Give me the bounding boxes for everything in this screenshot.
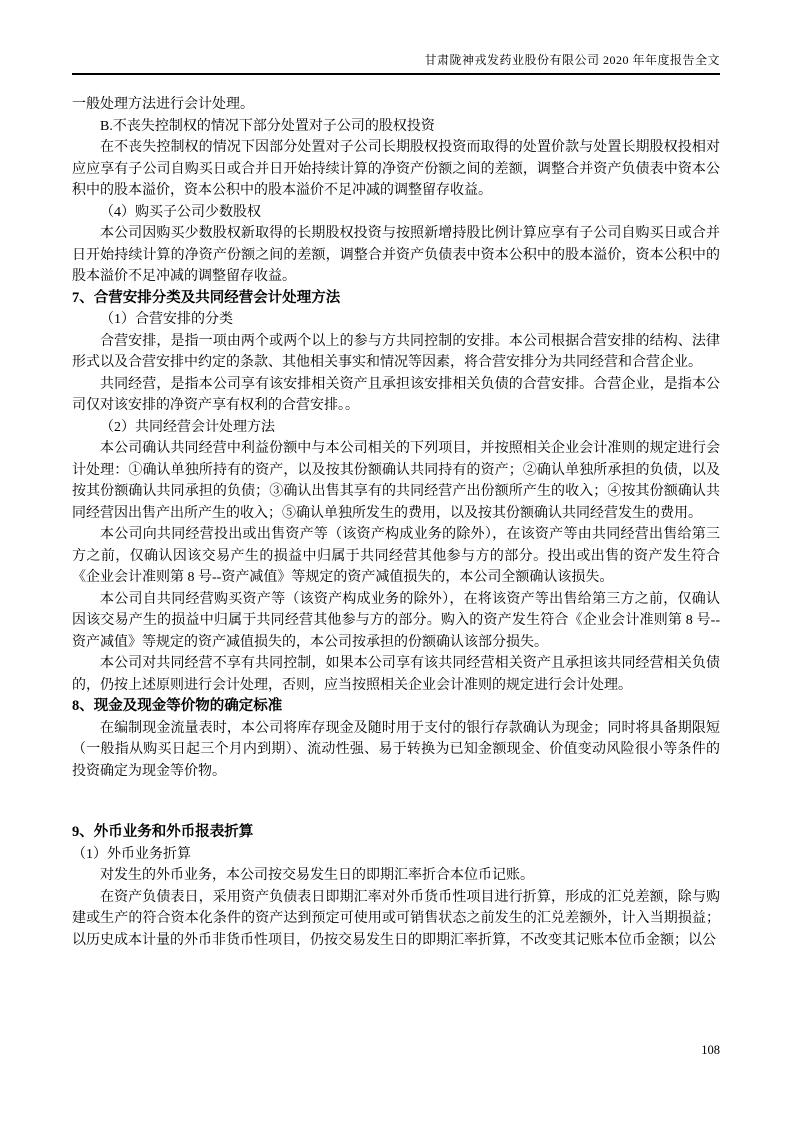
paragraph: 共同经营，是指本公司享有该安排相关资产且承担该安排相关负债的合营安排。合营企业，…	[72, 374, 720, 417]
paragraph: 本公司对共同经营不享有共同控制，如果本公司享有该共同经营相关资产且承担该共同经营…	[72, 653, 720, 696]
paragraph-subitem-1: （1）外币业务折算	[72, 844, 720, 866]
paragraph-subitem-b: B.不丧失控制权的情况下部分处置对子公司的股权投资	[72, 116, 720, 138]
paragraph: 本公司确认共同经营中利益份额中与本公司相关的下列项目，并按照相关企业会计准则的规…	[72, 438, 720, 524]
section-heading-9: 9、外币业务和外币报表折算	[72, 822, 720, 844]
paragraph: 对发生的外币业务，本公司按交易发生日的即期汇率折合本位币记账。	[72, 865, 720, 887]
page-number: 108	[701, 1042, 720, 1058]
header-divider	[72, 73, 720, 75]
paragraph: 在编制现金流量表时，本公司将库存现金及随时用于支付的银行存款确认为现金；同时将具…	[72, 718, 720, 783]
paragraph-continuation: 一般处理方法进行会计处理。	[72, 94, 720, 116]
section-heading-8: 8、现金及现金等价物的确定标准	[72, 696, 720, 718]
paragraph: 本公司自共同经营购买资产等（该资产构成业务的除外），在将该资产等出售给第三方之前…	[72, 589, 720, 654]
paragraph: 在不丧失控制权的情况下因部分处置对子公司长期股权投资而取得的处置价款与处置长期股…	[72, 137, 720, 202]
page-body: 一般处理方法进行会计处理。 B.不丧失控制权的情况下部分处置对子公司的股权投资 …	[72, 90, 720, 951]
paragraph: 合营安排，是指一项由两个或两个以上的参与方共同控制的安排。本公司根据合营安排的结…	[72, 331, 720, 374]
paragraph: 本公司因购买少数股权新取得的长期股权投资与按照新增持股比例计算应享有子公司自购买…	[72, 223, 720, 288]
section-heading-7: 7、合营安排分类及共同经营会计处理方法	[72, 288, 720, 310]
paragraph-subitem-4: （4）购买子公司少数股权	[72, 202, 720, 224]
report-header-title: 甘肃陇神戎发药业股份有限公司 2020 年年度报告全文	[72, 50, 720, 73]
page-header: 甘肃陇神戎发药业股份有限公司 2020 年年度报告全文	[72, 50, 720, 75]
paragraph-subitem-1: （1）合营安排的分类	[72, 309, 720, 331]
paragraph-continues-next-page: 在资产负债表日，采用资产负债表日即期汇率对外币货币性项目进行折算，形成的汇兑差额…	[72, 887, 720, 952]
paragraph: 本公司向共同经营投出或出售资产等（该资产构成业务的除外），在该资产等由共同经营出…	[72, 524, 720, 589]
report-page: 甘肃陇神戎发药业股份有限公司 2020 年年度报告全文 一般处理方法进行会计处理…	[0, 0, 793, 1122]
paragraph-subitem-2: （2）共同经营会计处理方法	[72, 417, 720, 439]
